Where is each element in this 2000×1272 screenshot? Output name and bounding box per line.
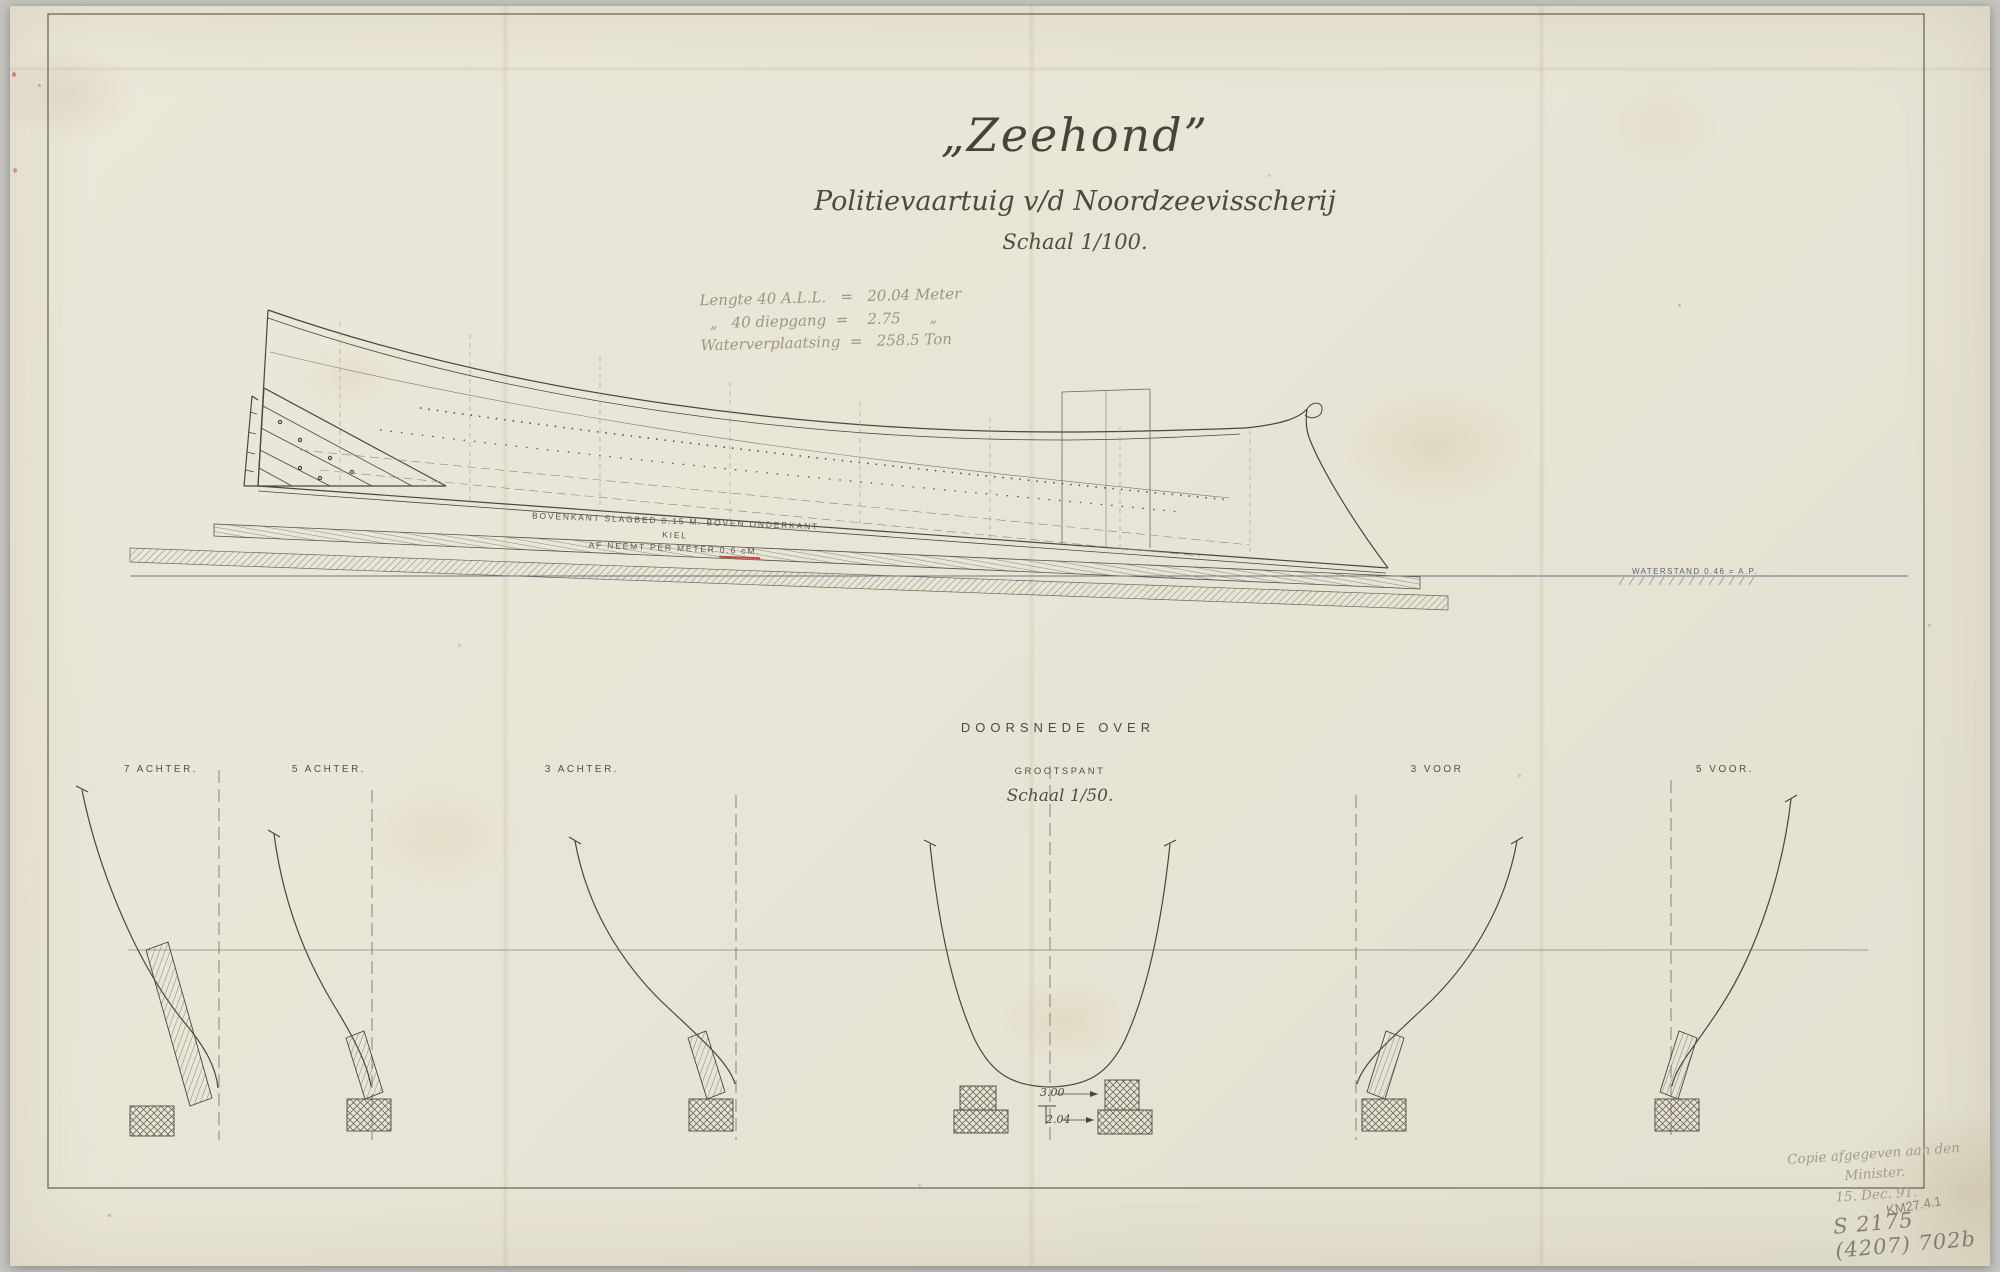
drawing-title: „Zeehond” (855, 108, 1295, 162)
spec-displacement: Waterverplaatsing = 258.5 Ton (700, 330, 952, 355)
slipway-note-red-value: 0.6 cM. (720, 545, 761, 560)
dimension-keel: 2.04 (1046, 1113, 1071, 1126)
section-centerlines (219, 766, 1671, 1140)
drawing-scale: Schaal 1/100. (975, 230, 1175, 254)
section-label-grootspant: GROOTSPANT (998, 766, 1122, 777)
scanned-ship-plan: „Zeehond” Politievaartuig v/d Noordzeevi… (0, 0, 2000, 1272)
dimension-beam: 3.00 (1040, 1086, 1065, 1099)
section-curves (76, 786, 1797, 1136)
spec-depth: „ 40 diepgang = 2.75 „ (700, 308, 937, 332)
drawing-subtitle: Politievaartuig v/d Noordzeevisscherij (805, 186, 1345, 217)
spec-length: Lengte 40 A.L.L. = 20.04 Meter (699, 285, 961, 310)
body-plan-title: DOORSNEDE OVER (948, 720, 1168, 735)
waterline-label: WATERSTAND 0.46 = A.P. (1632, 567, 1758, 576)
section-label-3-achter: 3 ACHTER. (512, 764, 652, 775)
section-label-7-achter: 7 ACHTER. (91, 764, 231, 775)
rivet-rows (380, 408, 1230, 512)
section-label-3-voor: 3 VOOR (1367, 764, 1507, 775)
pencil-dimension-notes: Lengte 40 A.L.L. = 20.04 Meter „ 40 diep… (699, 283, 963, 357)
section-label-5-voor: 5 VOOR. (1655, 764, 1795, 775)
paper-sheet: „Zeehond” Politievaartuig v/d Noordzeevi… (10, 6, 1990, 1266)
section-label-5-achter: 5 ACHTER. (259, 764, 399, 775)
grootspant-scale: Schaal 1/50. (1005, 786, 1115, 806)
